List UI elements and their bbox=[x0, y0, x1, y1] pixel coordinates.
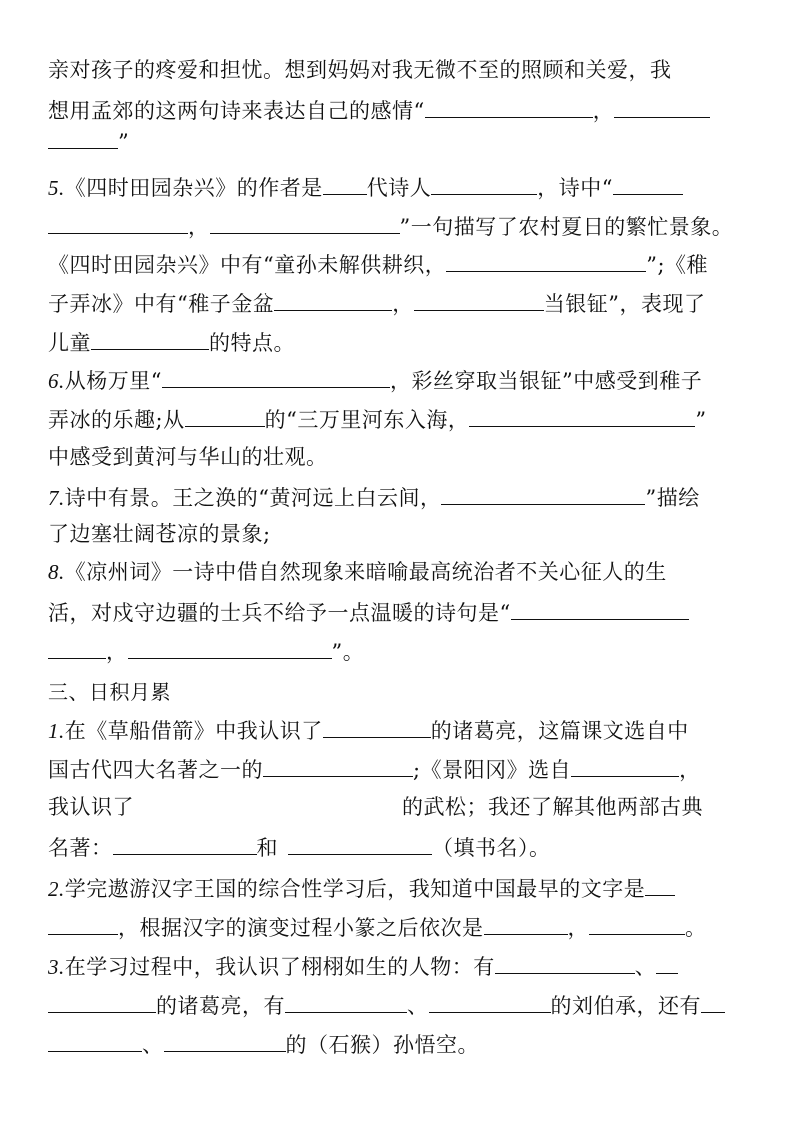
answer-blank[interactable] bbox=[185, 404, 265, 427]
text: ，彩丝穿取当银钲”中感受到稚子 bbox=[390, 369, 702, 393]
text: 在学习过程中，我认识了栩栩如生的人物：有 bbox=[65, 955, 495, 979]
text: 诗中有景。王之涣的“黄河远上白云间， bbox=[65, 486, 442, 510]
text: 子弄冰》中有“稚子金盆 bbox=[48, 292, 274, 316]
answer-blank[interactable] bbox=[288, 832, 432, 855]
answer-blank[interactable] bbox=[274, 288, 392, 311]
q7-line-1: 7.诗中有景。王之涣的“黄河远上白云间，”描绘 bbox=[48, 482, 700, 512]
q6-line-2: 弄冰的乐趣;从的“三万里河东入海，” bbox=[48, 404, 707, 434]
answer-blank[interactable] bbox=[48, 990, 156, 1013]
answer-blank[interactable] bbox=[48, 211, 188, 234]
text: 中感受到黄河与华山的壮观。 bbox=[48, 445, 328, 469]
text: 代诗人 bbox=[367, 176, 432, 200]
answer-blank[interactable] bbox=[469, 404, 695, 427]
answer-blank[interactable] bbox=[162, 365, 390, 388]
answer-blank[interactable] bbox=[645, 873, 675, 896]
text: 《四时田园杂兴》的作者是 bbox=[65, 176, 323, 200]
s3-q1-line-2: 国古代四大名著之一的;《景阳冈》选自， bbox=[48, 754, 701, 784]
question-number: 3. bbox=[48, 955, 65, 979]
text: 的特点。 bbox=[209, 331, 295, 355]
text: 《凉州词》一诗中借自然现象来暗喻最高统治者不关心征人的生 bbox=[65, 560, 667, 584]
text: 弄冰的乐趣;从 bbox=[48, 408, 185, 432]
text: 我认识了 bbox=[48, 795, 134, 819]
text: ，根据汉字的演变过程小篆之后依次是 bbox=[118, 916, 484, 940]
answer-blank[interactable] bbox=[511, 597, 689, 620]
text: ， bbox=[679, 758, 701, 782]
text: 想用孟郊的这两句诗来表达自己的感情“ bbox=[48, 99, 425, 123]
text: 的刘伯承，还有 bbox=[551, 994, 702, 1018]
answer-blank[interactable] bbox=[48, 126, 118, 149]
text: 的（石猴）孙悟空。 bbox=[286, 1033, 480, 1057]
text: 儿童 bbox=[48, 331, 91, 355]
q5-line-5: 儿童的特点。 bbox=[48, 327, 295, 357]
answer-blank[interactable] bbox=[128, 636, 332, 659]
text: ， bbox=[568, 916, 590, 940]
text: ” bbox=[695, 408, 706, 432]
answer-blank[interactable] bbox=[613, 172, 683, 195]
text: ， bbox=[392, 292, 414, 316]
answer-blank[interactable] bbox=[91, 327, 209, 350]
q5-line-2: ，”一句描写了农村夏日的繁忙景象。 bbox=[48, 211, 733, 241]
text: 的诸葛亮，这篇课文选自中 bbox=[431, 719, 689, 743]
question-number: 6. bbox=[48, 369, 65, 393]
text: ”;《稚 bbox=[646, 253, 708, 277]
text: ” bbox=[118, 130, 129, 154]
section-title: 三、日积月累 bbox=[48, 678, 171, 706]
text: 学完遨游汉字王国的综合性学习后，我知道中国最早的文字是 bbox=[65, 877, 646, 901]
answer-blank[interactable] bbox=[441, 482, 645, 505]
answer-blank[interactable] bbox=[48, 1029, 142, 1052]
text: 《四时田园杂兴》中有“童孙未解供耕织， bbox=[48, 253, 446, 277]
answer-blank[interactable] bbox=[164, 1029, 286, 1052]
text: 的诸葛亮，有 bbox=[156, 994, 285, 1018]
text: ;《景阳冈》选自 bbox=[413, 758, 571, 782]
s3-q2-line-2: ，根据汉字的演变过程小篆之后依次是，。 bbox=[48, 912, 707, 942]
answer-blank[interactable] bbox=[285, 990, 407, 1013]
intro-line-2: 想用孟郊的这两句诗来表达自己的感情“， bbox=[48, 95, 710, 125]
question-number: 5. bbox=[48, 176, 65, 200]
question-number: 1. bbox=[48, 719, 65, 743]
answer-blank[interactable] bbox=[431, 172, 537, 195]
text: ，诗中“ bbox=[537, 176, 613, 200]
text: 从杨万里“ bbox=[65, 369, 162, 393]
s3-q3-line-3: 、的（石猴）孙悟空。 bbox=[48, 1029, 479, 1059]
answer-blank[interactable] bbox=[48, 636, 106, 659]
answer-blank[interactable] bbox=[263, 754, 413, 777]
s3-q3-line-1: 3.在学习过程中，我认识了栩栩如生的人物：有、 bbox=[48, 951, 678, 981]
question-number: 7. bbox=[48, 486, 65, 510]
q5-line-3: 《四时田园杂兴》中有“童孙未解供耕织，”;《稚 bbox=[48, 249, 708, 279]
answer-blank[interactable] bbox=[425, 95, 593, 118]
answer-blank[interactable] bbox=[323, 715, 431, 738]
text: 和 bbox=[257, 836, 279, 860]
answer-blank[interactable] bbox=[571, 754, 679, 777]
answer-blank[interactable] bbox=[113, 832, 257, 855]
s3-q1-line-1: 1.在《草船借箭》中我认识了的诸葛亮，这篇课文选自中 bbox=[48, 715, 689, 745]
text: ”。 bbox=[332, 640, 365, 664]
text: 了边塞壮阔苍凉的景象; bbox=[48, 522, 271, 546]
text: ”描绘 bbox=[645, 486, 699, 510]
answer-blank[interactable] bbox=[495, 951, 635, 974]
text: （填书名）。 bbox=[432, 836, 551, 860]
s3-q1-line-3: 我认识了的武松；我还了解其他两部古典 bbox=[48, 793, 703, 821]
q5-line-1: 5.《四时田园杂兴》的作者是代诗人，诗中“ bbox=[48, 172, 683, 202]
text: ， bbox=[593, 99, 615, 123]
question-number: 8. bbox=[48, 560, 65, 584]
text: 三、日积月累 bbox=[48, 680, 171, 704]
text: ”一句描写了农村夏日的繁忙景象。 bbox=[400, 215, 734, 239]
answer-blank[interactable] bbox=[446, 249, 646, 272]
text: 亲对孩子的疼爱和担忧。想到妈妈对我无微不至的照顾和关爱，我 bbox=[48, 58, 672, 82]
answer-blank[interactable] bbox=[589, 912, 685, 935]
text: 活，对戍守边疆的士兵不给予一点温暖的诗句是“ bbox=[48, 601, 511, 625]
answer-blank[interactable] bbox=[701, 990, 725, 1013]
answer-blank[interactable] bbox=[210, 211, 400, 234]
q8-line-3: ，”。 bbox=[48, 636, 364, 666]
q5-line-4: 子弄冰》中有“稚子金盆，当银钲”，表现了 bbox=[48, 288, 706, 318]
text: 的武松；我还了解其他两部古典 bbox=[402, 795, 703, 819]
q7-line-2: 了边塞壮阔苍凉的景象; bbox=[48, 520, 271, 548]
text: ， bbox=[106, 640, 128, 664]
text: 当银钲”，表现了 bbox=[544, 292, 706, 316]
text: ， bbox=[188, 215, 210, 239]
text: 名著： bbox=[48, 836, 113, 860]
intro-line-1: 亲对孩子的疼爱和担忧。想到妈妈对我无微不至的照顾和关爱，我 bbox=[48, 56, 672, 84]
answer-blank[interactable] bbox=[323, 172, 367, 195]
s3-q2-line-1: 2.学完遨游汉字王国的综合性学习后，我知道中国最早的文字是 bbox=[48, 873, 675, 903]
text: 在《草船借箭》中我认识了 bbox=[65, 719, 323, 743]
answer-blank[interactable] bbox=[414, 288, 544, 311]
q8-line-1: 8.《凉州词》一诗中借自然现象来暗喻最高统治者不关心征人的生 bbox=[48, 558, 667, 586]
answer-blank[interactable] bbox=[484, 912, 568, 935]
answer-blank[interactable] bbox=[48, 912, 118, 935]
q6-line-3: 中感受到黄河与华山的壮观。 bbox=[48, 443, 328, 471]
s3-q1-line-4: 名著：和（填书名）。 bbox=[48, 832, 551, 862]
answer-blank[interactable] bbox=[614, 95, 710, 118]
text: 、 bbox=[635, 955, 657, 979]
answer-blank[interactable] bbox=[429, 990, 551, 1013]
answer-blank[interactable] bbox=[656, 951, 678, 974]
q8-line-2: 活，对戍守边疆的士兵不给予一点温暖的诗句是“ bbox=[48, 597, 689, 627]
text: 。 bbox=[685, 916, 707, 940]
q6-line-1: 6.从杨万里“，彩丝穿取当银钲”中感受到稚子 bbox=[48, 365, 702, 395]
intro-line-3: ” bbox=[48, 126, 129, 156]
text: 国古代四大名著之一的 bbox=[48, 758, 263, 782]
text: 的“三万里河东入海， bbox=[265, 408, 470, 432]
text: 、 bbox=[407, 994, 429, 1018]
text: 、 bbox=[142, 1033, 164, 1057]
s3-q3-line-2: 的诸葛亮，有、的刘伯承，还有 bbox=[48, 990, 725, 1020]
question-number: 2. bbox=[48, 877, 65, 901]
